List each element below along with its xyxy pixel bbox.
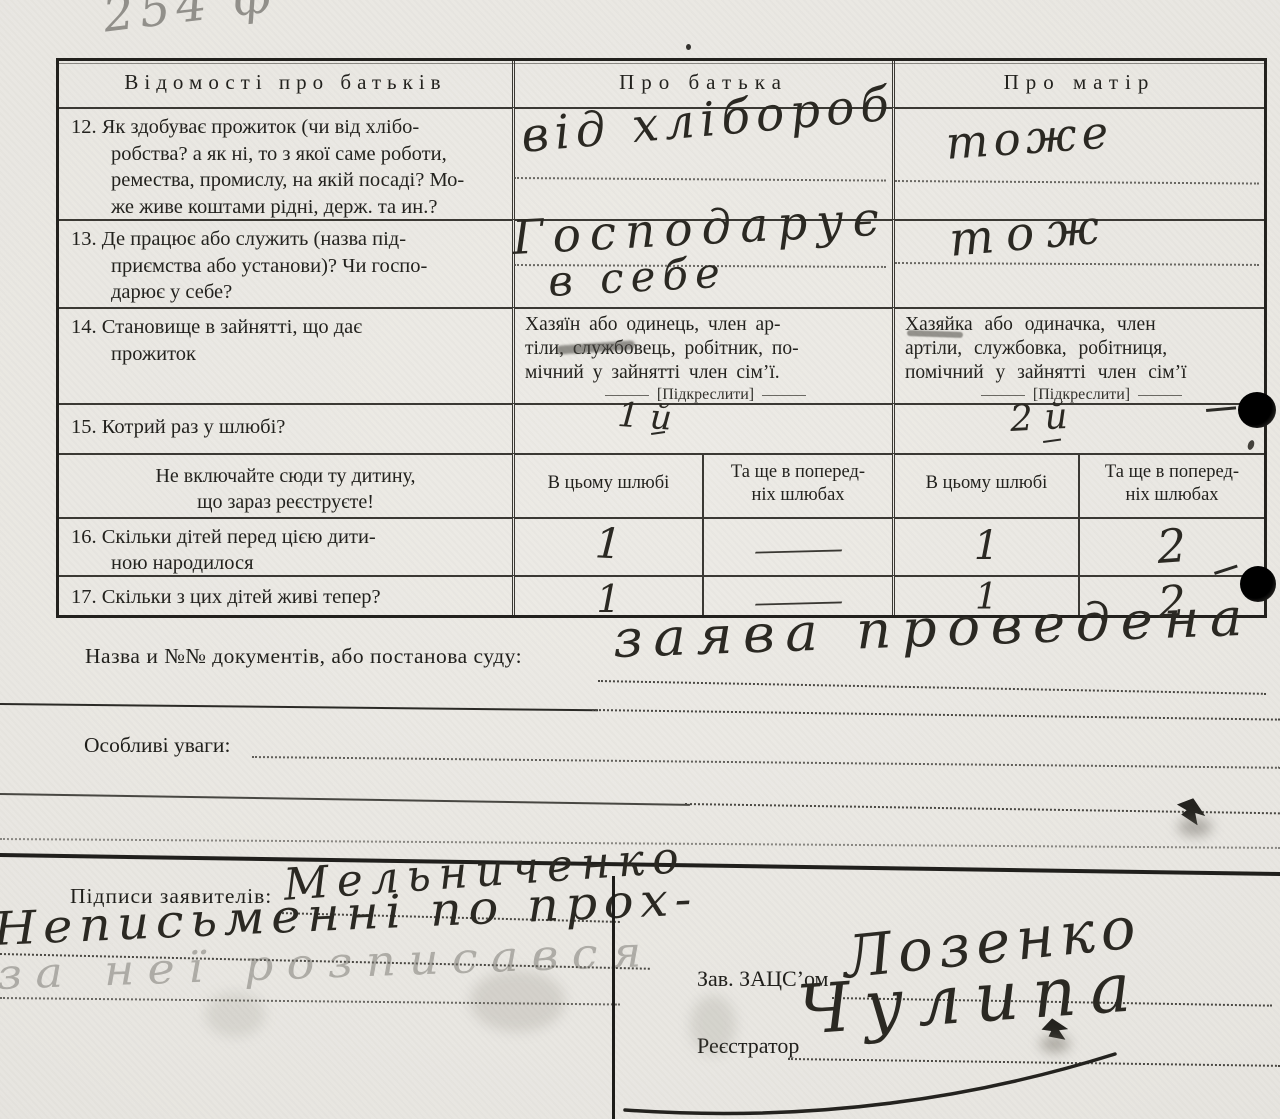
dotted-writing-line [592,709,1280,721]
handwritten-count: 1 [974,523,999,569]
subheader-father-this-marriage: В цьому шлюбі [512,453,702,517]
q16-father-previous-value: — [702,517,892,575]
table-header-parents-info: Відомості про батьків [59,61,512,107]
question-17: 17. Скільки з цих дітей живі тепер? [59,575,512,615]
exclude-child-note-line: що зараз реєструєте! [59,489,512,515]
subheader-mother-previous-marriages: Та ще в поперед- ніх шлюбах [1078,453,1264,517]
q15-mother-answer: 2 й [1009,396,1069,440]
question-13-line: приємства або установи)? Чи госпо- [71,253,504,280]
question-14-line: прожиток [71,341,504,368]
q13-father-answer-line2: в себе [547,248,728,306]
question-13-line: 13. Де працює або служить (назва під- [71,226,504,253]
question-15-line: 15. Котрий раз у шлюбі? [71,414,504,441]
q14-father-option-line: Хазяїн або одинець, член ар- [525,313,886,337]
question-16-line: 16. Скільки дітей перед цією дити- [71,524,504,550]
table-header-mother: Про матір [892,61,1264,107]
handwritten-dash: — [746,532,851,567]
question-14-line: 14. Становище в зайнятті, що дає [71,314,504,341]
q14-father-options: Хазяїн або одинець, член ар- тіли, служб… [512,307,892,403]
question-16: 16. Скільки дітей перед цією дити- ною н… [59,517,512,575]
handwritten-count: 2 [1156,518,1189,574]
scanned-registry-form: 254 ф Відомості про батьків Про батька П… [0,0,1280,1119]
subheader-line: Та ще в поперед- [704,461,892,484]
question-14: 14. Становище в зайнятті, що дає прожито… [59,307,512,403]
special-notes-label: Особливі уваги: [84,733,230,758]
fold-line [612,876,615,1119]
corner-pencil-note: 254 ф [100,0,280,44]
exclude-child-note-line: Не включайте сюди ту дитину, [59,463,512,489]
question-15: 15. Котрий раз у шлюбі? [59,403,512,453]
question-12-line: робства? а як ні, то з якої саме роботи, [71,141,504,168]
q14-mother-option-line: помічний у зайнятті член сім’ї [905,361,1258,385]
q14-mother-options: Хазяйка або одиначка, член артіли, служб… [892,307,1264,403]
dotted-writing-line [252,756,1280,769]
handwritten-count: 1 [594,518,623,568]
exclude-child-note: Не включайте сюди ту дитину, що зараз ре… [59,453,512,517]
table-edge-shadow [1266,62,1267,614]
documents-label: Назва и №№ документів, або постанова суд… [85,644,522,669]
subheader-line: ніх шлюбах [1080,484,1264,507]
question-12-line: 12. Як здобуває прожиток (чи від хлібо- [71,114,504,141]
gray-smudge [1178,818,1212,836]
gray-smudge [470,970,565,1032]
subheader-mother-this-marriage: В цьому шлюбі [892,453,1078,517]
q16-father-this-marriage-value: 1 [512,517,702,575]
parents-info-table: Відомості про батьків Про батька Про мат… [56,58,1267,618]
q14-mother-option-line: артіли, службовка, робітниця, [905,337,1258,361]
q16-mother-this-marriage-value: 1 [892,517,1078,575]
hole-punch [1238,392,1276,428]
question-16-line: ною народилося [71,550,504,576]
question-12-line: ремества, промислу, на якій посаді? Мо- [71,167,504,194]
signature-flourish [620,1040,1120,1118]
question-12: 12. Як здобуває прожиток (чи від хлібо- … [59,107,512,219]
ruled-line [0,703,598,711]
underline-instruction: [Підкреслити] [525,386,886,404]
q15-father-cell [512,403,892,453]
subheader-line: ніх шлюбах [704,484,892,507]
gray-smudge [1040,1036,1070,1052]
subheader-father-previous-marriages: Та ще в поперед- ніх шлюбах [702,453,892,517]
question-12-line: же живе коштами рідні, держ. та ин.? [71,194,504,221]
ruled-line [0,793,690,806]
gray-smudge [690,995,736,1055]
subheader-line: Та ще в поперед- [1080,461,1264,484]
underline-instruction: [Підкреслити] [905,386,1258,404]
gray-smudge [205,992,265,1037]
dotted-writing-line [598,680,1266,695]
question-13-line: дарює у себе? [71,279,504,306]
question-13: 13. Де працює або служить (назва під- пр… [59,219,512,307]
ink-speck [686,44,691,50]
q14-father-option-line: мічний у зайнятті член сім’ї. [525,361,886,385]
question-17-line: 17. Скільки з цих дітей живі тепер? [71,584,504,611]
